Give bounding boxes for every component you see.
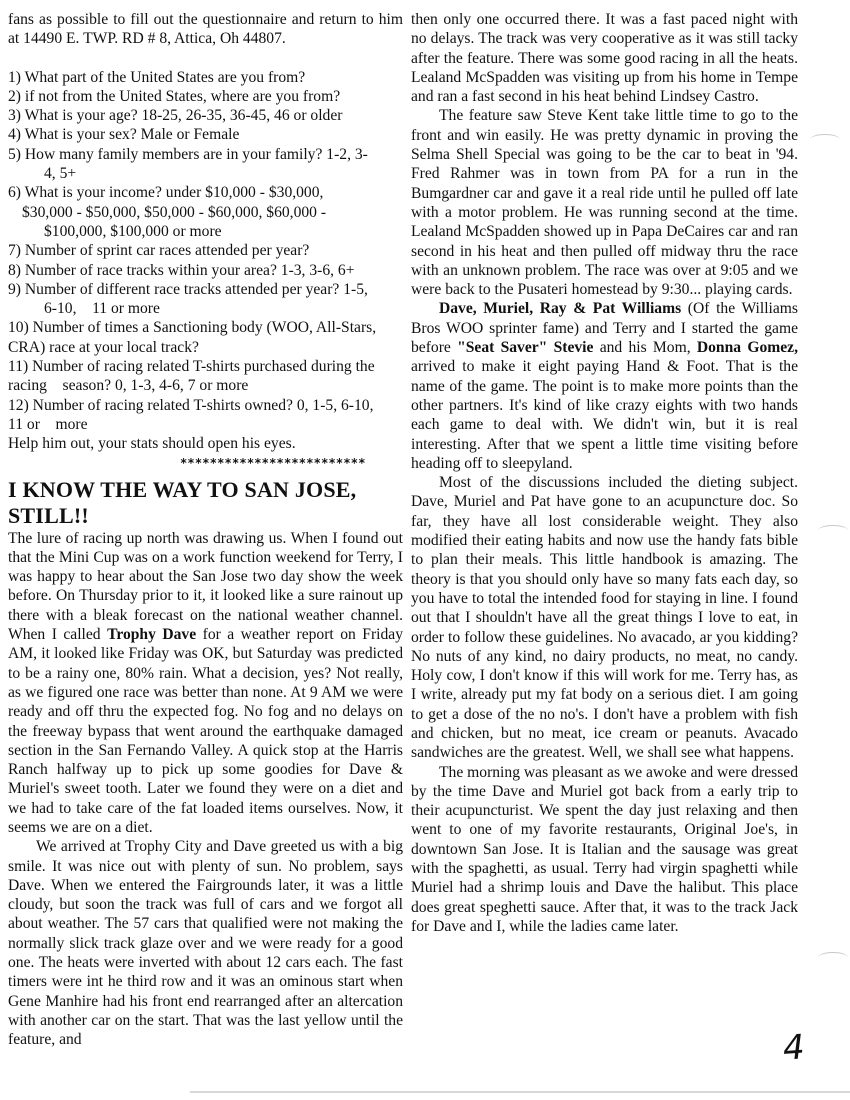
question-item: 11) Number of racing related T-shirts pu… xyxy=(8,357,403,396)
scan-artifact xyxy=(810,134,840,145)
article-paragraph: We arrived at Trophy City and Dave greet… xyxy=(8,837,403,1049)
question-item: 5) How many family members are in your f… xyxy=(8,145,403,184)
question-item: 4) What is your sex? Male or Female xyxy=(8,125,403,144)
right-column: then only one occurred there. It was a f… xyxy=(411,10,798,936)
questionnaire-list: 1) What part of the United States are yo… xyxy=(8,68,403,435)
questionnaire-closing: Help him out, your stats should open his… xyxy=(8,434,403,453)
scan-artifact xyxy=(818,952,848,963)
article-paragraph: Most of the discussions included the die… xyxy=(411,473,798,762)
article-paragraph: Dave, Muriel, Ray & Pat Williams (Of the… xyxy=(411,299,798,473)
question-item: 7) Number of sprint car races attended p… xyxy=(8,241,403,260)
question-item: 2) if not from the United States, where … xyxy=(8,87,403,106)
article-paragraph: The morning was pleasant as we awoke and… xyxy=(411,763,798,937)
page-number: 4 xyxy=(782,1027,806,1068)
questionnaire-intro: fans as possible to fill out the questio… xyxy=(8,10,403,49)
question-item: 8) Number of race tracks within your are… xyxy=(8,261,403,280)
question-item: 6) What is your income? under $10,000 - … xyxy=(8,183,403,241)
left-column: fans as possible to fill out the questio… xyxy=(8,10,403,1050)
question-item: 1) What part of the United States are yo… xyxy=(8,68,403,87)
question-item: 3) What is your age? 18-25, 26-35, 36-45… xyxy=(8,106,403,125)
article-headline: I KNOW THE WAY TO SAN JOSE, STILL!! xyxy=(8,477,403,529)
article-paragraph: then only one occurred there. It was a f… xyxy=(411,10,798,106)
scan-artifact xyxy=(818,525,848,536)
section-separator: ************************* xyxy=(8,454,403,473)
question-item: 12) Number of racing related T-shirts ow… xyxy=(8,396,403,435)
question-item: 9) Number of different race tracks atten… xyxy=(8,280,403,319)
scan-edge-line xyxy=(190,1091,850,1093)
article-paragraph: The feature saw Steve Kent take little t… xyxy=(411,106,798,299)
article-paragraph: The lure of racing up north was drawing … xyxy=(8,529,403,838)
question-item: 10) Number of times a Sanctioning body (… xyxy=(8,318,403,357)
